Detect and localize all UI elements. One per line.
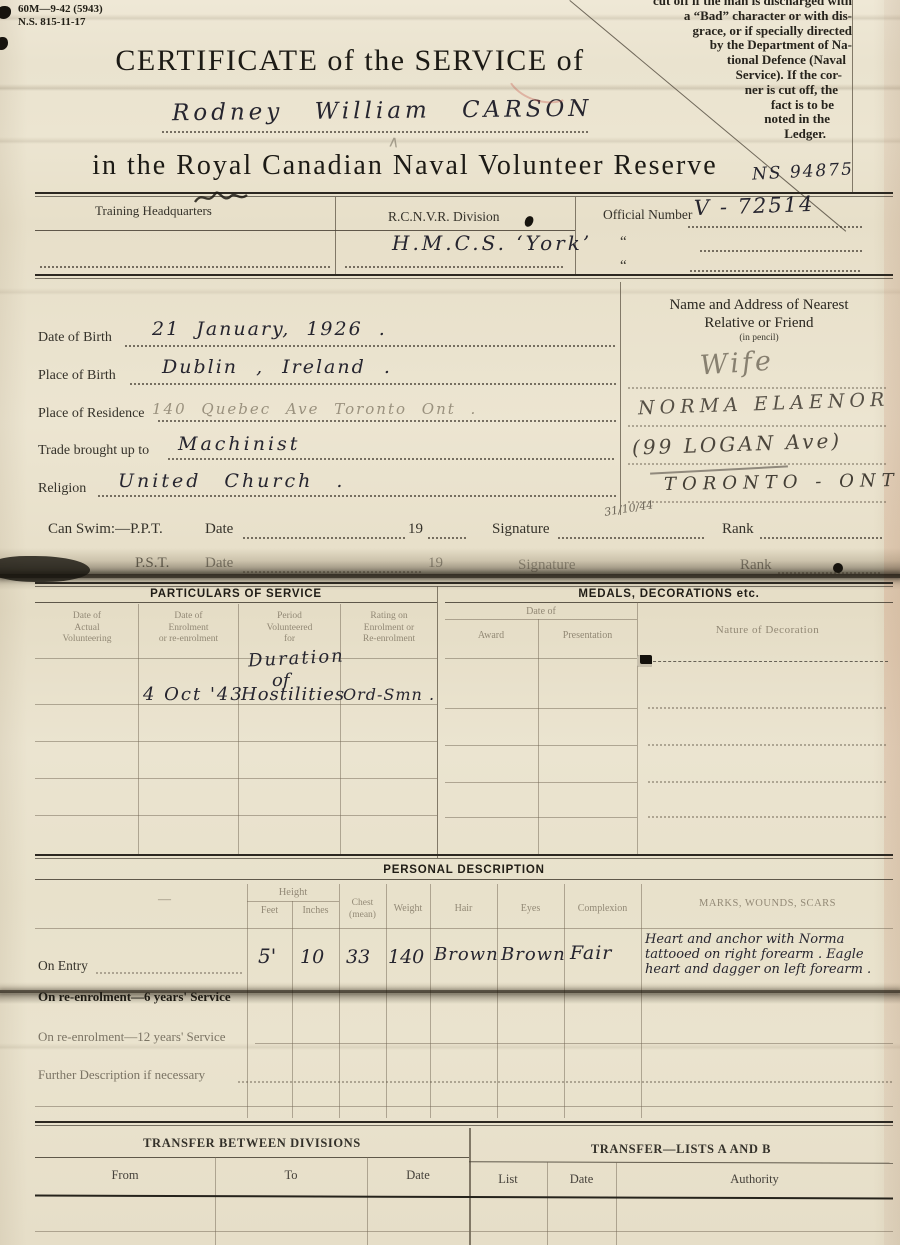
col-head-volunteering: Date of Actual Volunteering <box>37 611 137 646</box>
dotted-line <box>98 495 616 497</box>
list-col-label: List <box>469 1172 547 1187</box>
corner-note-line: a “Bad” character or with dis- <box>556 9 852 24</box>
rank-label: Rank <box>722 521 754 538</box>
medals-table-title: MEDALS, DECORATIONS etc. <box>445 588 893 600</box>
row-line <box>35 658 437 659</box>
column-divider <box>538 619 539 855</box>
on-entry-weight: 140 <box>388 946 424 968</box>
corner-note: cut off if the man is discharged with a … <box>556 0 852 142</box>
corner-note-line: Ledger. <box>556 127 852 142</box>
official-number-label: Official Number <box>603 207 692 223</box>
division-label: R.C.N.V.R. Division <box>388 209 500 225</box>
horizontal-rule <box>35 274 893 276</box>
column-divider <box>340 604 341 855</box>
dotted-line <box>158 420 616 422</box>
on-entry-label: On Entry <box>38 958 88 974</box>
dotted-line <box>125 345 616 347</box>
height-col-label: Height <box>247 887 339 898</box>
inches-col-label: Inches <box>292 905 339 916</box>
award-col-label: Award <box>447 630 535 641</box>
relative-subtitle: (in pencil) <box>626 333 892 343</box>
enrolment-date-value: 4 Oct '43 <box>143 684 244 705</box>
heavy-row-line <box>35 1195 893 1200</box>
re-enrolment-12yr-label: On re-enrolment—12 years' Service <box>38 1029 226 1045</box>
row-line <box>35 778 437 779</box>
relative-title2: Relative or Friend <box>626 315 892 332</box>
authority-col-label: Authority <box>616 1172 893 1187</box>
relative-name: NORMA ELAENOR <box>638 389 890 420</box>
personal-table-title: PERSONAL DESCRIPTION <box>35 864 893 876</box>
chest-col-label: Chest (mean) <box>339 898 386 921</box>
on-entry-feet: 5' <box>258 944 276 968</box>
service-table-title: PARTICULARS OF SERVICE <box>35 588 437 600</box>
horizontal-rule <box>35 854 893 856</box>
row-line <box>255 1043 893 1044</box>
sub-header-line <box>247 901 339 902</box>
dotted-line <box>628 387 886 389</box>
row-line <box>445 745 637 746</box>
corner-note-line: by the Department of Na- <box>556 38 852 53</box>
col-head-enrolment: Date of Enrolment or re-enrolment <box>140 611 237 646</box>
date-col-label: Date <box>547 1172 616 1187</box>
dash-placeholder: — <box>158 891 171 907</box>
horizontal-rule <box>35 582 893 584</box>
division-value: H.M.C.S. ‘York’ <box>392 231 592 255</box>
transfer-divisions-title: TRANSFER BETWEEN DIVISIONS <box>35 1136 469 1151</box>
relative-date: 31/10/44 <box>603 498 654 519</box>
row-line <box>35 815 437 816</box>
dotted-line <box>690 270 862 272</box>
period-volunteered-value: Hostilities <box>241 684 345 705</box>
ink-smudge <box>0 37 8 50</box>
relative-box-divider <box>620 282 621 515</box>
date-of-label: Date of <box>445 606 637 617</box>
weight-col-label: Weight <box>386 903 430 914</box>
eyes-col-label: Eyes <box>497 903 564 914</box>
table-rule <box>445 602 893 603</box>
dotted-line <box>130 383 616 385</box>
dotted-line <box>345 266 565 268</box>
row-line <box>35 1106 893 1107</box>
transfer-lists-title: TRANSFER—LISTS A AND B <box>469 1142 893 1157</box>
horizontal-rule <box>35 278 893 279</box>
re-enrolment-6yr-label: On re-enrolment—6 years' Service <box>38 989 231 1005</box>
rating-value: Ord-Smn . <box>343 685 435 704</box>
column-divider <box>292 901 293 1118</box>
signature-label: Signature <box>492 521 550 538</box>
form-number: 60M—9-42 (5943) <box>18 3 103 16</box>
row-line <box>35 704 437 705</box>
on-entry-hair: Brown <box>434 944 499 965</box>
ink-dot <box>833 563 843 573</box>
col-head-period: Period Volunteered for <box>240 611 339 646</box>
dotted-line <box>648 744 888 746</box>
trade-label: Trade brought up to <box>38 443 149 459</box>
fold-line <box>0 574 900 578</box>
dotted-line <box>243 537 405 539</box>
name-dotted-line <box>162 131 588 133</box>
ink-blot <box>523 215 534 228</box>
on-entry-marks: Heart and anchor with Norma tattooed on … <box>645 932 891 977</box>
dotted-line <box>628 501 886 503</box>
dotted-line <box>648 816 888 818</box>
scanned-certificate-page: 60M—9-42 (5943) N.S. 815-11-17 cut off i… <box>0 0 900 1245</box>
presentation-col-label: Presentation <box>540 630 635 641</box>
residence-label: Place of Residence <box>38 406 145 422</box>
on-entry-complexion: Fair <box>570 942 612 964</box>
pob-label: Place of Birth <box>38 368 116 384</box>
date-col-label: Date <box>367 1168 469 1183</box>
row-line <box>445 708 637 709</box>
dotted-line <box>238 1081 893 1083</box>
page-subtitle: in the Royal Canadian Naval Volunteer Re… <box>35 150 775 182</box>
complexion-col-label: Complexion <box>564 903 641 914</box>
table-rule <box>35 879 893 880</box>
on-entry-inches: 10 <box>300 946 324 968</box>
paper-crease <box>0 288 900 295</box>
ditto-mark: “ <box>620 234 627 251</box>
relative-relationship: Wife <box>699 345 775 381</box>
form-series-number: N.S. 815-11-17 <box>18 16 86 28</box>
row-line <box>445 782 637 783</box>
dob-label: Date of Birth <box>38 330 112 346</box>
row-line <box>445 817 637 818</box>
table-rule <box>469 1161 893 1164</box>
table-rule <box>35 1157 469 1158</box>
dotted-line <box>558 537 706 539</box>
col-head-rating: Rating on Enrolment or Re-enrolment <box>342 611 436 646</box>
date-label: Date <box>205 521 233 538</box>
corner-note-line: tional Defence (Naval <box>556 53 852 68</box>
ditto-mark: “ <box>620 258 627 275</box>
table-rule <box>35 602 437 603</box>
dotted-line <box>700 250 862 252</box>
row-line <box>35 1231 893 1232</box>
to-col-label: To <box>215 1168 367 1183</box>
dotted-line <box>428 537 468 539</box>
year-prefix: 19 <box>408 521 423 538</box>
dotted-line <box>648 707 888 709</box>
hair-col-label: Hair <box>430 903 497 914</box>
relative-title: Name and Address of Nearest <box>626 297 892 314</box>
column-divider <box>138 604 139 855</box>
column-divider <box>335 197 336 275</box>
ns-number: NS 94875 <box>752 159 855 184</box>
column-divider <box>238 604 239 855</box>
marks-col-label: MARKS, WOUNDS, SCARS <box>645 898 890 909</box>
row-line <box>445 658 637 659</box>
sub-header-line <box>445 619 637 620</box>
dotted-line <box>688 226 862 228</box>
trade-value: Machinist <box>178 433 300 455</box>
dotted-line <box>628 463 886 465</box>
period-volunteered-value: Duration <box>248 645 346 671</box>
religion-value: United Church . <box>118 470 345 492</box>
on-entry-chest: 33 <box>346 946 370 968</box>
dashed-line <box>648 661 888 662</box>
dotted-line <box>40 266 330 268</box>
horizontal-rule <box>35 1121 893 1123</box>
corner-note-line: noted in the <box>556 112 852 127</box>
table-center-divider <box>437 586 438 858</box>
corner-note-line: fact is to be <box>556 98 852 113</box>
header-bottom-line <box>35 928 893 929</box>
dotted-line <box>96 972 243 974</box>
feet-col-label: Feet <box>247 905 292 916</box>
horizontal-rule <box>35 1125 893 1126</box>
further-description-label: Further Description if necessary <box>38 1067 205 1083</box>
can-swim-ppt-label: Can Swim:—P.P.T. <box>48 521 163 538</box>
residence-value: 140 Quebec Ave Toronto Ont . <box>152 400 477 418</box>
nature-col-label: Nature of Decoration <box>645 624 890 636</box>
ink-stamp <box>637 655 652 667</box>
dotted-line <box>760 537 882 539</box>
ink-scribble <box>193 188 249 208</box>
relative-address: (99 LOGAN Ave) <box>632 428 843 459</box>
horizontal-rule <box>35 858 893 859</box>
on-entry-eyes: Brown <box>501 944 566 965</box>
column-divider <box>637 602 638 855</box>
dob-value: 21 January, 1926 . <box>152 318 387 340</box>
dotted-line <box>628 425 886 427</box>
page-edge-shadow <box>884 0 900 1245</box>
ink-smudge <box>0 556 90 582</box>
corner-note-line: ner is cut off, the <box>556 83 852 98</box>
from-col-label: From <box>35 1168 215 1183</box>
dotted-line <box>648 781 888 783</box>
pob-value: Dublin , Ireland . <box>162 356 392 378</box>
service-member-name: Rodney William CARSON <box>172 96 593 126</box>
dotted-line <box>168 458 616 460</box>
official-number-value: V - 72514 <box>694 192 815 220</box>
horizontal-rule <box>35 586 893 587</box>
corner-note-line: Service). If the cor- <box>556 68 852 83</box>
row-line <box>35 741 437 742</box>
relative-city: TORONTO - ONT <box>664 470 900 495</box>
religion-label: Religion <box>38 481 86 497</box>
